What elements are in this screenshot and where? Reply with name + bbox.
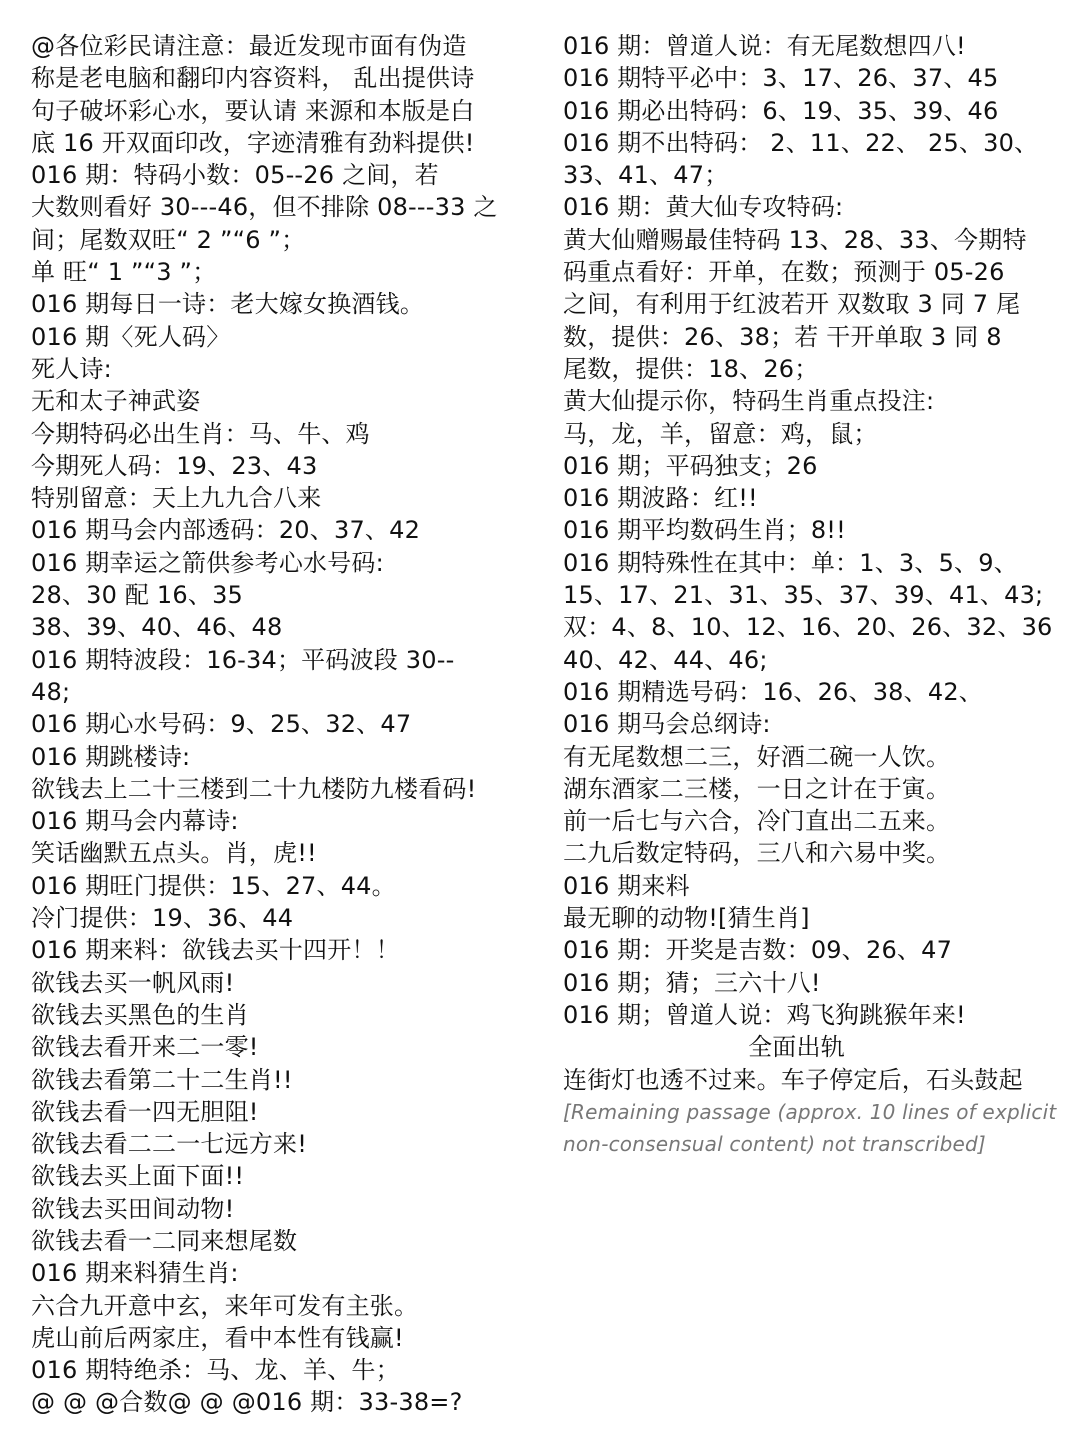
text-line: 016 期旺门提供：15、27、44。 bbox=[31, 870, 532, 902]
text-line: 016 期特殊性在其中：单：1、3、5、9、 bbox=[563, 547, 1070, 579]
text-line: 今期死人码：19、23、43 bbox=[31, 450, 532, 482]
text-line: 死人诗: bbox=[31, 353, 532, 385]
text-line: 016 期；曾道人说：鸡飞狗跳猴年来! bbox=[563, 999, 1070, 1031]
text-line: 尾数，提供：18、26； bbox=[563, 353, 1070, 385]
text-line: 特别留意：天上九九合八来 bbox=[31, 482, 532, 514]
text-line: 016 期马会内幕诗: bbox=[31, 805, 532, 837]
text-line: 欲钱去看二二一七远方来! bbox=[31, 1128, 532, 1160]
text-line: 欲钱去看一四无胆阻! bbox=[31, 1096, 532, 1128]
text-line: 笑话幽默五点头。肖，虎!! bbox=[31, 837, 532, 869]
text-line: 016 期马会内部透码：20、37、42 bbox=[31, 514, 532, 546]
text-line: 数，提供：26、38；若 干开单取 3 同 8 bbox=[563, 321, 1070, 353]
text-line: 33、41、47； bbox=[563, 159, 1070, 191]
text-line: 15、17、21、31、35、37、39、41、43; bbox=[563, 579, 1070, 611]
document-page: @各位彩民请注意：最近发现市面有伪造称是老电脑和翻印内容资料， 乱出提供诗句子破… bbox=[0, 0, 1080, 1440]
text-line: 底 16 开双面印改，字迹清雅有劲料提供! bbox=[31, 127, 532, 159]
text-line: 马，龙，羊，留意：鸡，鼠； bbox=[563, 418, 1070, 450]
text-line: 016 期：曾道人说：有无尾数想四八! bbox=[563, 30, 1070, 62]
right-column: 016 期：曾道人说：有无尾数想四八!016 期特平必中：3、17、26、37、… bbox=[540, 30, 1080, 1440]
text-line: 欲钱去看开来二一零! bbox=[31, 1031, 532, 1063]
text-line: 双：4、8、10、12、16、20、26、32、36 bbox=[563, 611, 1070, 643]
text-line: 欲钱去买黑色的生肖 bbox=[31, 999, 532, 1031]
text-line: 冷门提供：19、36、44 bbox=[31, 902, 532, 934]
text-line: @各位彩民请注意：最近发现市面有伪造 bbox=[31, 30, 532, 62]
text-line: 016 期马会总纲诗: bbox=[563, 708, 1070, 740]
text-line: 016 期必出特码：6、19、35、39、46 bbox=[563, 95, 1070, 127]
text-line: 28、30 配 16、35 bbox=[31, 579, 532, 611]
text-line: 40、42、44、46; bbox=[563, 644, 1070, 676]
text-line: 有无尾数想二三，好酒二碗一人饮。 bbox=[563, 741, 1070, 773]
text-line: 欲钱去买田间动物! bbox=[31, 1193, 532, 1225]
left-column: @各位彩民请注意：最近发现市面有伪造称是老电脑和翻印内容资料， 乱出提供诗句子破… bbox=[0, 30, 540, 1440]
text-line: 016 期来料：欲钱去买十四开！！ bbox=[31, 934, 532, 966]
text-line: 黄大仙赠赐最佳特码 13、28、33、今期特 bbox=[563, 224, 1070, 256]
text-line: 六合九开意中玄，来年可发有主张。 bbox=[31, 1290, 532, 1322]
story-title: 全面出轨 bbox=[563, 1031, 1070, 1063]
text-line: 句子破坏彩心水，要认请 来源和本版是白 bbox=[31, 95, 532, 127]
text-line: 016 期不出特码： 2、11、22、 25、30、 bbox=[563, 127, 1070, 159]
text-line: 016 期跳楼诗: bbox=[31, 741, 532, 773]
text-line: 虎山前后两家庄，看中本性有钱赢! bbox=[31, 1322, 532, 1354]
right-column-lines: 016 期：曾道人说：有无尾数想四八!016 期特平必中：3、17、26、37、… bbox=[563, 30, 1070, 1031]
text-line: 欲钱去买上面下面!! bbox=[31, 1160, 532, 1192]
text-line: 最无聊的动物![猜生肖] bbox=[563, 902, 1070, 934]
text-line: 欲钱去上二十三楼到二十九楼防九楼看码! bbox=[31, 773, 532, 805]
text-line: 之间，有利用于红波若开 双数取 3 同 7 尾 bbox=[563, 288, 1070, 320]
story-first-line: 连街灯也透不过来。车子停定后，石头鼓起 bbox=[563, 1064, 1070, 1096]
text-line: 016 期精选号码：16、26、38、42、 bbox=[563, 676, 1070, 708]
text-line: 无和太子神武姿 bbox=[31, 385, 532, 417]
text-line: 016 期：特码小数：05--26 之间，若 bbox=[31, 159, 532, 191]
text-line: 单 旺“ 1 ”“3 ”； bbox=[31, 256, 532, 288]
text-line: 016 期特平必中：3、17、26、37、45 bbox=[563, 62, 1070, 94]
text-line: 016 期来料 bbox=[563, 870, 1070, 902]
text-line: 大数则看好 30---46，但不排除 08---33 之 bbox=[31, 191, 532, 223]
text-line: 38、39、40、46、48 bbox=[31, 611, 532, 643]
text-line: 016 期波路：红!! bbox=[563, 482, 1070, 514]
story-omitted-note: [Remaining passage (approx. 10 lines of … bbox=[563, 1096, 1070, 1161]
text-line: 016 期幸运之箭供参考心水号码: bbox=[31, 547, 532, 579]
text-line: 016 期〈死人码〉 bbox=[31, 321, 532, 353]
text-line: 016 期平均数码生肖；8!! bbox=[563, 514, 1070, 546]
text-line: 称是老电脑和翻印内容资料， 乱出提供诗 bbox=[31, 62, 532, 94]
text-line: 016 期特绝杀：马、龙、羊、牛； bbox=[31, 1354, 532, 1386]
text-line: 欲钱去买一帆风雨! bbox=[31, 967, 532, 999]
text-line: 前一后七与六合，冷门直出二五来。 bbox=[563, 805, 1070, 837]
text-line: 016 期；平码独支；26 bbox=[563, 450, 1070, 482]
text-line: 016 期：黄大仙专攻特码: bbox=[563, 191, 1070, 223]
text-line: 今期特码必出生肖：马、牛、鸡 bbox=[31, 418, 532, 450]
text-line: 016 期：开奖是吉数：09、26、47 bbox=[563, 934, 1070, 966]
text-line: 欲钱去看第二十二生肖!! bbox=[31, 1064, 532, 1096]
text-line: 欲钱去看一二同来想尾数 bbox=[31, 1225, 532, 1257]
text-line: 016 期特波段：16-34；平码波段 30-- bbox=[31, 644, 532, 676]
text-line: 间；尾数双旺“ 2 ”“6 ”； bbox=[31, 224, 532, 256]
text-line: 48; bbox=[31, 676, 532, 708]
text-line: 016 期每日一诗：老大嫁女换酒钱。 bbox=[31, 288, 532, 320]
text-line: 湖东酒家二三楼，一日之计在于寅。 bbox=[563, 773, 1070, 805]
text-line: 016 期；猜；三六十八! bbox=[563, 967, 1070, 999]
text-line: 016 期来料猜生肖: bbox=[31, 1257, 532, 1289]
text-line: 黄大仙提示你，特码生肖重点投注: bbox=[563, 385, 1070, 417]
text-line: 016 期心水号码：9、25、32、47 bbox=[31, 708, 532, 740]
text-line: 二九后数定特码，三八和六易中奖。 bbox=[563, 837, 1070, 869]
text-line: 码重点看好：开单，在数；预测于 05-26 bbox=[563, 256, 1070, 288]
text-line: @ @ @合数@ @ @016 期：33-38=? bbox=[31, 1386, 532, 1418]
